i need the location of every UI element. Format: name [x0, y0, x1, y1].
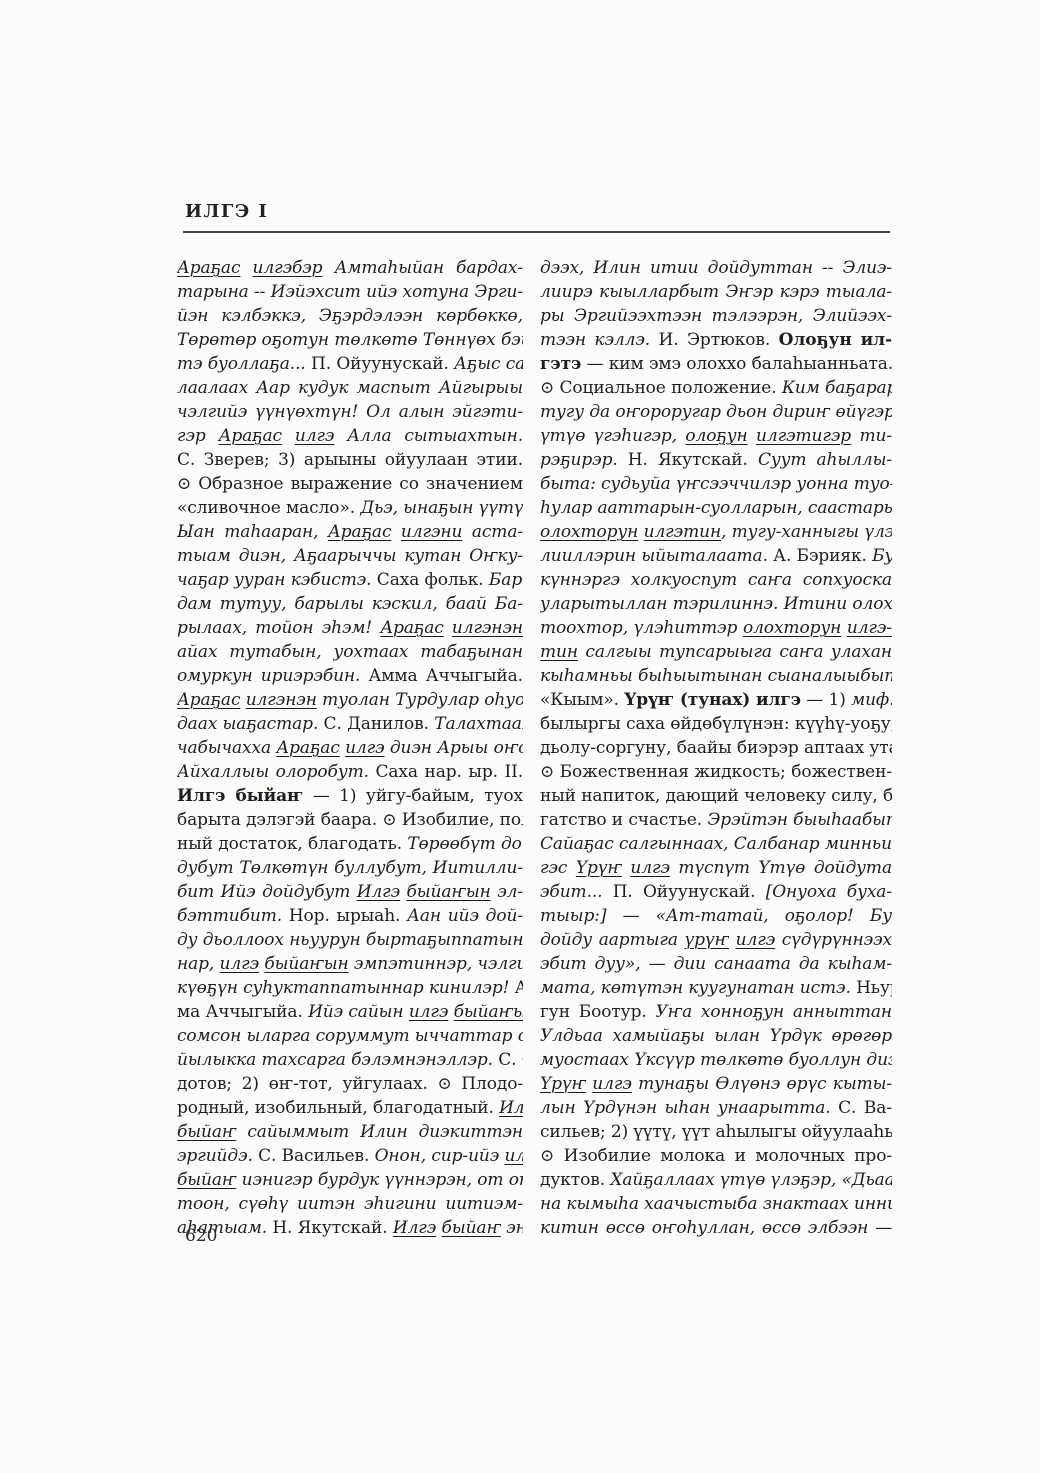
text-line: ры Эргийээхтээн тэлээрэн, Элийээх-: [540, 304, 892, 328]
page-number: 620: [185, 1226, 217, 1246]
text-line: лын Үрдүнэн ыһан унаарытта. С. Ва-: [540, 1096, 892, 1120]
text-line: чэлгийэ үүнүөхтүн! Ол алын эйгэти-: [177, 400, 523, 424]
text-line: Араҕас илгэбэр Амтаһыйан бардах-: [177, 256, 523, 280]
text-line: эбит... П. Ойуунускай. [Онуоха буха-: [540, 880, 892, 904]
text-line: быйаҥ сайыммыт Илин диэкиттэн: [177, 1120, 523, 1144]
running-head: ИЛГЭ I: [185, 201, 268, 222]
text-line: дойду аартыга үрүҥ илгэ сүдүрүннээх: [540, 928, 892, 952]
text-line: ный достаток, благодать. Төрөөбүт дой-: [177, 832, 523, 856]
text-line: Араҕас илгэнэн туолан Турдулар оһуор-: [177, 688, 523, 712]
text-line: ду дьоллоох ньуурун быртаҕыппатын-: [177, 928, 523, 952]
text-line: ма Аччыгыйа. Ийэ сайын илгэ быйаҥын: [177, 1000, 523, 1024]
text-line: быйаҥ иэнигэр бурдук үүннэрэн, от от-: [177, 1168, 523, 1192]
text-line: аһатыам. Н. Якутскай. Илгэ быйаҥ эҥэр-: [177, 1216, 523, 1240]
text-line: тоон, сүөһү иитэн эһигини иитиэм-: [177, 1192, 523, 1216]
text-line: чаҕар ууран кэбистэ. Саха фольк. Бар-: [177, 568, 523, 592]
text-line: нар, илгэ быйаҥын эмпэтиннэр, чэлгийэр: [177, 952, 523, 976]
text-line: быта: судьуйа үҥсээччилэр уонна туо-: [540, 472, 892, 496]
text-line: бэттибит. Нор. ырыаһ. Аан ийэ дой-: [177, 904, 523, 928]
text-line: тээн кэллэ. И. Эртюков. Олоҕун ил-: [540, 328, 892, 352]
header-rule: [183, 231, 890, 233]
text-line: китин өссө оҥоһуллан, өссө элбээн —: [540, 1216, 892, 1240]
text-line: эргийдэ. С. Васильев. Онон, сир-ийэ илгэ: [177, 1144, 523, 1168]
text-line: дам тутуу, барылы кэскил, баай Ба-: [177, 592, 523, 616]
text-line: дубут Төлкөтүн буллубут, Иитилли-: [177, 856, 523, 880]
text-line: Улдьаа хамыйаҕы ылан Үрдүк өрөгөр: [540, 1024, 892, 1048]
text-line: уларытыллан тэрилиннэ. Итини олох-: [540, 592, 892, 616]
text-line: рэҕирэр. Н. Якутскай. Суут аһыллы-: [540, 448, 892, 472]
text-line: рылаах, тойон эһэм! Араҕас илгэнэн: [177, 616, 523, 640]
text-line: муостаах Үксүүр төлкөтө буоллун диэн: [540, 1048, 892, 1072]
text-line: ⊙ Социальное положение. Ким баҕарар: [540, 376, 892, 400]
text-line: гэтэ — ким эмэ олоххо балаһыанньата.: [540, 352, 892, 376]
text-line: тыам диэн, Аҕаарыччы кутан Оҥку-: [177, 544, 523, 568]
text-line: дээх, Илин итии дойдуттан -- Элиэ-: [540, 256, 892, 280]
text-line: Айхаллыы олоробут. Саха нар. ыр. II.: [177, 760, 523, 784]
text-line: олохторун илгэтин, тугу-ханныгы үлэ-: [540, 520, 892, 544]
text-line: лаалаах Аар кудук маспыт Айгырыы: [177, 376, 523, 400]
text-line: гэр Араҕас илгэ Алла сытыахтын.: [177, 424, 523, 448]
page-body: Араҕас илгэбэр Амтаһыйан бардах-тарына -…: [177, 256, 892, 1240]
right-column: дээх, Илин итии дойдуттан -- Элиэ-лиирэ …: [540, 256, 892, 1240]
left-column: Араҕас илгэбэр Амтаһыйан бардах-тарына -…: [177, 256, 523, 1240]
text-line: ⊙ Образное выражение со значением: [177, 472, 523, 496]
text-line: мата, көтүтэн куугунатан истэ. Ньур-: [540, 976, 892, 1000]
text-line: дьолу-соргуну, баайы биэрэр аптаах утах.: [540, 736, 892, 760]
text-line: ⊙ Божественная жидкость; божествен-: [540, 760, 892, 784]
text-line: сомсон ыларга соруммут ыччаттар са-: [177, 1024, 523, 1048]
text-line: эбит дуу», — дии санаата да кыһам-: [540, 952, 892, 976]
text-line: Төрөтөр оҕотун төлкөтө Төннүөх бэйэ-: [177, 328, 523, 352]
text-line: Үрүҥ илгэ тунаҕы Өлүөнэ өрүс кыты-: [540, 1072, 892, 1096]
text-line: айах тутабын, уохтаах табаҕынан: [177, 640, 523, 664]
text-line: тугу да оҥороругар дьон дириҥ өйүгэр,: [540, 400, 892, 424]
text-line: бит Ийэ дойдубут Илгэ быйаҥын эл-: [177, 880, 523, 904]
text-line: тыыр:] — «Ат-татай, оҕолор! Бу: [540, 904, 892, 928]
text-line: тин салгыы тупсарыыга саҥа улахан: [540, 640, 892, 664]
text-line: ный напиток, дающий человеку силу, бо-: [540, 784, 892, 808]
text-line: тарына -- Иэйэхсит ийэ хотуна Эрги-: [177, 280, 523, 304]
text-line: «сливочное масло». Дьэ, ынаҕын үүтүн: [177, 496, 523, 520]
text-line: лииллэрин ыйыталаата. А. Бэрияк. Бу: [540, 544, 892, 568]
text-line: С. Зверев; 3) арыыны ойуулаан этии.: [177, 448, 523, 472]
text-line: ⊙ Изобилие молока и молочных про-: [540, 1144, 892, 1168]
text-line: родный, изобильный, благодатный. Илгэ: [177, 1096, 523, 1120]
text-line: чабычахха Араҕас илгэ диэн Арыы оҥорон: [177, 736, 523, 760]
text-line: барыта дэлэгэй баара. ⊙ Изобилие, пол-: [177, 808, 523, 832]
text-line: Сайаҕас салгыннаах, Салбанар минньи-: [540, 832, 892, 856]
text-line: кыһамньы быһыытынан сыаналыыбыт.: [540, 664, 892, 688]
text-line: на кымыһа хаачыстыба знактаах инни-: [540, 1192, 892, 1216]
text-line: гатство и счастье. Эрэйтэн быыһаабыт: [540, 808, 892, 832]
text-line: «Кыым». Үрүҥ (тунах) илгэ — 1) миф.: [540, 688, 892, 712]
text-line: гэс Үрүҥ илгэ түспүт Үтүө дойдута: [540, 856, 892, 880]
text-line: күөҕүн суһуктаппатыннар кинилэр! Ам-: [177, 976, 523, 1000]
text-line: даах ыаҕастар. С. Данилов. Талахтаах: [177, 712, 523, 736]
text-line: һулар ааттарын-суолларын, саастарын,: [540, 496, 892, 520]
text-line: йылыкка тахсарга бэлэмнэнэллэр. С. Фе-: [177, 1048, 523, 1072]
text-line: үтүө үгэһигэр, олоҕун илгэтигэр ти-: [540, 424, 892, 448]
text-line: Ыан таһааран, Араҕас илгэни аста-: [177, 520, 523, 544]
text-line: сильев; 2) үүтү, үүт аһылыгы ойуулааһын.: [540, 1120, 892, 1144]
text-line: гун Боотур. Уҥа хонноҕун анныттан: [540, 1000, 892, 1024]
text-line: омуркун ириэрэбин. Амма Аччыгыйа.: [177, 664, 523, 688]
text-line: дотов; 2) өҥ-тот, уйгулаах. ⊙ Плодо-: [177, 1072, 523, 1096]
text-line: былыргы саха өйдөбүлүнэн: күүһү-уоҕу,: [540, 712, 892, 736]
text-line: лиирэ кыылларбыт Эҥэр кэрэ тыала-: [540, 280, 892, 304]
text-line: йэн кэлбэккэ, Эҕэрдэлээн көрбөккө,: [177, 304, 523, 328]
text-line: Илгэ быйаҥ — 1) уйгу-байым, туох: [177, 784, 523, 808]
text-line: тоохтор, үлэһиттэр олохторун илгэ-: [540, 616, 892, 640]
text-line: күннэргэ холкуоспут саҥа сопхуоска: [540, 568, 892, 592]
text-line: дуктов. Хайҕаллаах үтүө үлэҕэр, «Дьаа-: [540, 1168, 892, 1192]
text-line: тэ буоллаҕа... П. Ойуунускай. Аҕыс са-: [177, 352, 523, 376]
